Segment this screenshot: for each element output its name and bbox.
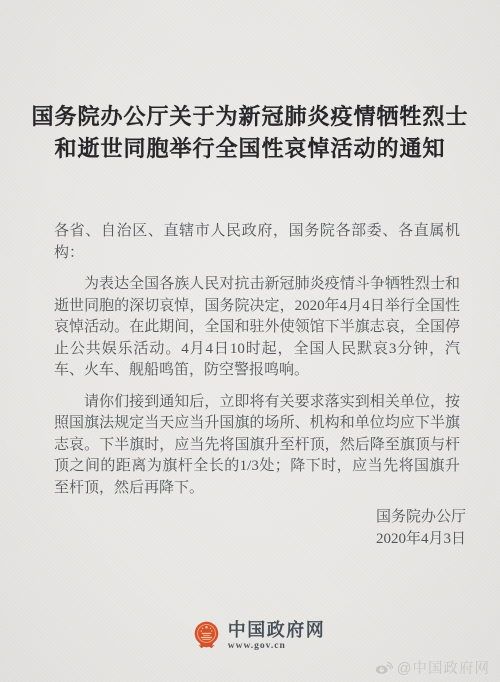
notice-body: 各省、自治区、直辖市人民政府，国务院各部委、各直属机构： 为表达全国各族人民对抗… [54,221,460,550]
issue-date: 2020年4月3日 [54,529,466,551]
gov-cn-logo-name: 中国政府网 [228,621,326,640]
gov-cn-logo-url: www.gov.cn [228,641,326,652]
notice-paragraph-2: 请你们接到通知后，立即将有关要求落实到相关单位，按照国旗法规定当天应当升国旗的场… [54,392,460,500]
weibo-icon [375,660,393,675]
gov-cn-logo: 中国政府网 www.gov.cn [0,620,500,652]
notice-salutation: 各省、自治区、直辖市人民政府，国务院各部委、各直属机构： [54,221,460,264]
notice-document-page: 国务院办公厅关于为新冠肺炎疫情牺牲烈士 和逝世同胞举行全国性哀悼活动的通知 各省… [0,0,500,682]
notice-title-line-2: 和逝世同胞举行全国性哀悼活动的通知 [20,133,480,165]
signature-block: 国务院办公厅 2020年4月3日 [54,507,466,550]
notice-title: 国务院办公厅关于为新冠肺炎疫情牺牲烈士 和逝世同胞举行全国性哀悼活动的通知 [20,101,480,165]
china-national-emblem-icon [193,620,220,652]
watermark-text: @中国政府网 [397,657,490,678]
issuing-authority: 国务院办公厅 [54,507,466,529]
gov-cn-logo-text: 中国政府网 www.gov.cn [228,621,326,652]
weibo-watermark: @中国政府网 [375,657,490,678]
notice-paragraph-1: 为表达全国各族人民对抗击新冠肺炎疫情斗争牺牲烈士和逝世同胞的深切哀悼，国务院决定… [54,274,460,382]
notice-title-line-1: 国务院办公厅关于为新冠肺炎疫情牺牲烈士 [20,101,480,133]
